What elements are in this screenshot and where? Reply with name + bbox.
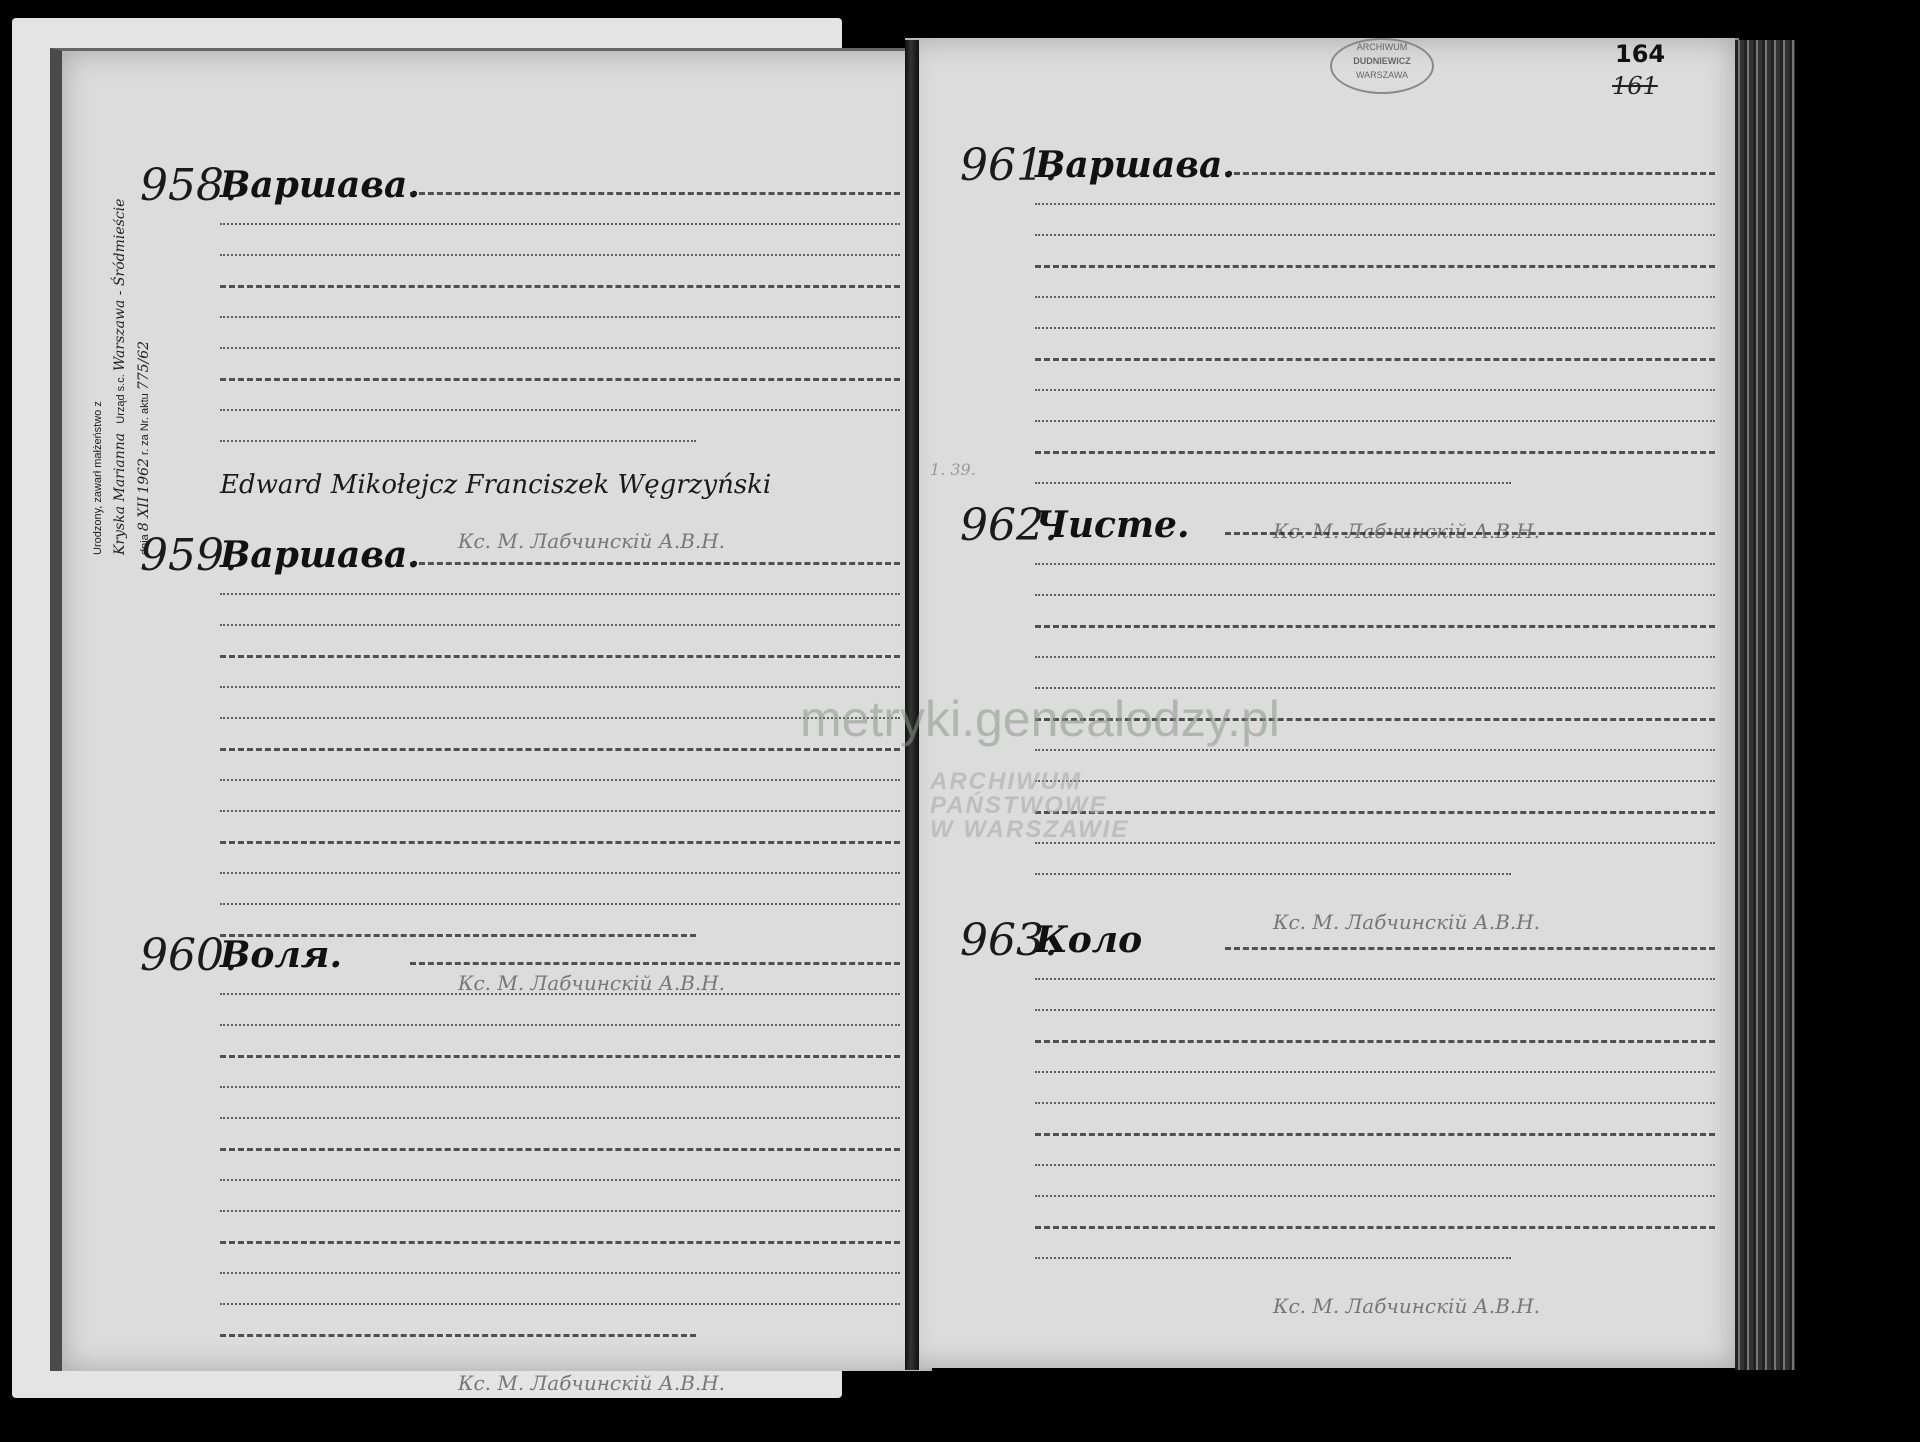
handwritten-text-line: [220, 314, 900, 318]
handwritten-text-line: [220, 808, 900, 812]
margin-annotation-stamp: Urodzony, zawarł małżeństwo z Kryska Mar…: [92, 205, 172, 555]
handwritten-text-line: [1035, 1038, 1715, 1043]
oval-stamp-line2: DUDNIEWICZ: [1332, 54, 1432, 68]
stamp-line2-value: Warszawa - Śródmieście: [112, 199, 128, 372]
handwritten-text-line: [220, 901, 900, 905]
handwritten-text-line: [220, 252, 900, 256]
pencil-margin-note: 1. 39.: [930, 460, 976, 479]
handwritten-text-line: [1035, 592, 1715, 596]
handwritten-text-line: [410, 960, 900, 965]
handwritten-text-line: [220, 438, 696, 442]
folio-number: 164: [1615, 40, 1665, 68]
handwritten-text-line: [220, 591, 900, 595]
watermark-line: PAŃSTWOWE: [930, 794, 1129, 818]
handwritten-text-line: [1035, 1255, 1511, 1259]
witness-signatures-958: Edward Mikołejcz Franciszek Węgrzyński: [220, 470, 900, 500]
stamp-line1-value: Kryska Marianna: [112, 433, 128, 555]
entry-place-name: Варшава.: [220, 534, 420, 576]
entry-place-name: Воля.: [220, 934, 342, 976]
entry-place-name: Коло: [1035, 919, 1142, 961]
handwritten-text-line: [1035, 1100, 1715, 1104]
handwritten-text-line: [220, 622, 900, 626]
handwritten-text-line: [220, 653, 900, 658]
stamp-line2-label: Urząd s.c.: [115, 374, 127, 424]
handwritten-text-line: [1225, 530, 1715, 535]
handwritten-text-line: [220, 1239, 900, 1244]
handwritten-text-line: [220, 221, 900, 225]
handwritten-text-line: [1225, 945, 1715, 950]
stamp-year: 1962: [136, 458, 152, 494]
page-edges: [1735, 40, 1795, 1370]
handwritten-text-line: [1035, 449, 1715, 454]
handwritten-text-line: [220, 1053, 900, 1058]
handwritten-text-line: [1035, 294, 1715, 298]
handwritten-text-line: [220, 1270, 900, 1274]
watermark-line: W WARSZAWIE: [930, 818, 1129, 842]
stamp-act-number: 775/62: [136, 341, 152, 390]
handwritten-text-line: [220, 345, 900, 349]
handwritten-text-line: [1035, 1162, 1715, 1166]
handwritten-text-line: [220, 283, 900, 288]
official-signature: Кс. М. Лабчинскiй А.В.Н.: [458, 529, 725, 553]
handwritten-text-line: [1035, 201, 1715, 205]
handwritten-text-line: [220, 991, 900, 995]
official-signature: Кс. М. Лабчинскiй А.В.Н.: [1273, 1294, 1540, 1318]
handwritten-text-line: [220, 1084, 900, 1088]
entry-place-name: Варшава.: [220, 164, 420, 206]
handwritten-text-line: [220, 1115, 900, 1119]
handwritten-text-line: [1035, 387, 1715, 391]
handwritten-text-line: [1035, 356, 1715, 361]
handwritten-text-line: [220, 1022, 900, 1026]
stamp-act-label: r. za Nr. aktu: [139, 393, 151, 455]
handwritten-text-line: [220, 1301, 900, 1305]
oval-stamp-line1: ARCHIWUM: [1332, 40, 1432, 54]
handwritten-text-line: [220, 746, 900, 751]
watermark-site: metryki.genealodzy.pl: [800, 690, 1280, 748]
handwritten-text-line: [1035, 480, 1511, 484]
watermark-line: ARCHIWUM: [930, 770, 1129, 794]
handwritten-text-line: [1035, 1131, 1715, 1136]
handwritten-text-line: [410, 190, 900, 195]
handwritten-text-line: [1035, 976, 1715, 980]
stamp-line1-label: Urodzony, zawarł małżeństwo z: [92, 401, 104, 555]
handwritten-text-line: [220, 1332, 696, 1337]
handwritten-text-line: [220, 684, 900, 688]
oval-archive-stamp: ARCHIWUM DUDNIEWICZ WARSZAWA: [1330, 38, 1434, 94]
handwritten-text-line: [1035, 809, 1715, 814]
handwritten-text-line: [1035, 1193, 1715, 1197]
handwritten-text-line: [1035, 623, 1715, 628]
handwritten-text-line: [1035, 654, 1715, 658]
handwritten-text-line: [220, 839, 900, 844]
handwritten-text-line: [220, 777, 900, 781]
stamp-date: 8 XII: [136, 497, 152, 531]
handwritten-text-line: [220, 715, 900, 719]
handwritten-text-line: [1035, 263, 1715, 268]
handwritten-text-line: [220, 376, 900, 381]
handwritten-text-line: [220, 1208, 900, 1212]
entry-place-name: Чисте.: [1035, 504, 1190, 546]
handwritten-text-line: [220, 1146, 900, 1151]
folio-number-struck: 161: [1612, 72, 1658, 100]
handwritten-text-line: [1035, 778, 1715, 782]
official-signature: Кс. М. Лабчинскiй А.В.Н.: [1273, 910, 1540, 934]
handwritten-text-line: [410, 560, 900, 565]
handwritten-text-line: [220, 1177, 900, 1181]
handwritten-text-line: [1035, 840, 1715, 844]
handwritten-text-line: [220, 870, 900, 874]
handwritten-text-line: [1035, 418, 1715, 422]
handwritten-text-line: [1035, 871, 1511, 875]
handwritten-text-line: [1035, 685, 1715, 689]
entry-place-name: Варшава.: [1035, 144, 1235, 186]
handwritten-text-line: [1035, 232, 1715, 236]
handwritten-text-line: [1035, 1224, 1715, 1229]
handwritten-text-line: [1225, 170, 1715, 175]
watermark-archive: ARCHIWUM PAŃSTWOWE W WARSZAWIE: [930, 770, 1129, 842]
handwritten-text-line: [1035, 325, 1715, 329]
handwritten-text-line: [1035, 1069, 1715, 1073]
handwritten-text-line: [1035, 1007, 1715, 1011]
handwritten-text-line: [220, 407, 900, 411]
oval-stamp-line3: WARSZAWA: [1332, 68, 1432, 82]
official-signature: Кс. М. Лабчинскiй А.В.Н.: [458, 1371, 725, 1395]
handwritten-text-line: [1035, 561, 1715, 565]
